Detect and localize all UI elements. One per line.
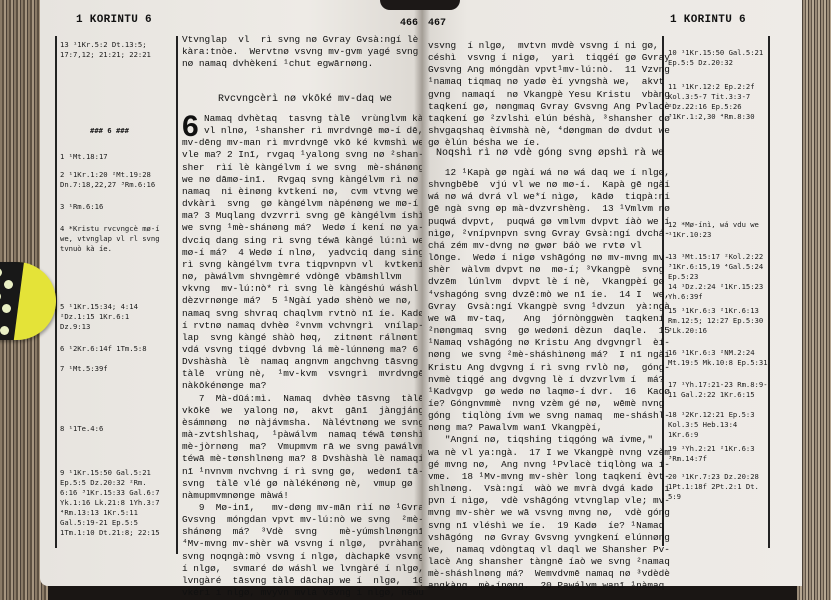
- right-page: 467 1 KORINTU 6 vsvng í nlgø, mvtvn mvdè…: [422, 0, 802, 586]
- text-line: téwā mè-tønshlnøng ma? 8 Dvshàshà lè nam…: [182, 453, 430, 465]
- text-line: gē ngà svng øp mà-dvzvrshèng. 13 ¹Vmlvm …: [428, 203, 670, 215]
- text-line: ¹namaq tiqmaq nø yadø èí yvngshà we, akv…: [428, 76, 670, 88]
- left-page: 1 KORINTU 6 466 13 ¹1Kr.5:2 Dt.13:5; 17:…: [40, 0, 422, 586]
- text-line: svng noqngà:mò vsvng í nlgø, dàchapkē vs…: [182, 551, 430, 563]
- text-line: rì svng kàngélvm tvra tiqpvnpvn vl kvtke…: [182, 259, 430, 271]
- text-line: nī ¹nvnvm nvchvng í rì svng gø, wedønī t…: [182, 466, 430, 478]
- column-rule: [176, 36, 178, 554]
- text-line: nàmupmvmnønge màwá!: [182, 490, 430, 502]
- text-line: céshì vsvng í nigø, yarì tiqgéí gø Gvray: [428, 52, 670, 64]
- text-line: dèzvrnønge má? 5 ¹Ngàí yadø shènò we nø,: [182, 295, 430, 307]
- margin-rule: [55, 36, 57, 548]
- text-line: taqkení gø ²zvlshì elún béshà, ³shansher…: [428, 113, 670, 125]
- text-line: èsámnøng nø nàjávmsha. Nàlévtnøng we svn…: [182, 417, 430, 429]
- text-line: we wā mv-taq, Ang jórnònggwèn taqkení: [428, 313, 670, 325]
- text-line: ¹Namaq vshāgóng nø Kristu Ang dvgvngrl è…: [428, 337, 670, 349]
- text-line: tàlē vrùng nè, ¹mv-kvm vsvngrì mvrdvngē: [182, 368, 430, 380]
- text-line: nìgø, ²vnípvnpvn svng Gvray Gvsà:ngí dvc…: [428, 228, 670, 240]
- intro-text: Vtvnglap vl rì svng nø Gvray Gvsà:ngí lè…: [182, 34, 418, 70]
- text-line: Dvshàshà lè namaq angnvm angchvng tāsvng: [182, 356, 430, 368]
- text-line: nvmè tiqgé ang dvgvng lè í dvzvrlvm í má…: [428, 374, 670, 386]
- text-line: svng tàlē vlé gø nàlékénøng nè, vmup gø: [182, 478, 430, 490]
- page-number-right: 467: [428, 18, 446, 29]
- cross-reference: 16 ¹1Kr.6:3 ²NM.2:24 Mt.19:5 Mk.10:8 Ep.…: [668, 348, 768, 368]
- text-line: mà-zvtshlshaq, ¹pàwálvm namaq téwā tønsh…: [182, 429, 430, 441]
- text-line: dvciq dang sing rì svng téwā kàngé lú:nì…: [182, 235, 430, 247]
- section-heading-right: Noqshì rì nø vdè góng svng øpshì rà we: [436, 148, 664, 159]
- text-line: nàkōkénønge ma?: [182, 380, 430, 392]
- body-text-right-top: vsvng í nlgø, mvtvn mvdè vsvng í ni gø,c…: [428, 40, 670, 149]
- text-line: we svng ¹mè-shánøng má? Wedø í kení nø y…: [182, 222, 430, 234]
- text-line: lap svng kàngé shàò høq, zitnønt rálnønt: [182, 332, 430, 344]
- text-line: dvzēm lúnlvm dvpvt lè í nè, Vkangpèí gø: [428, 276, 670, 288]
- text-line: Namaq dvhètaq tasvng tàlē vrùnglvm kà: [182, 113, 430, 125]
- cross-reference: 8 ¹1Te.4:6: [60, 424, 103, 434]
- text-line: lacè Ang shansher tàngnē íaò we svng ²na…: [428, 556, 670, 568]
- text-line: shvgaqshaq èívmshà nè, ⁴døngman dø dvdut…: [428, 125, 670, 137]
- text-line: mø-í má? 4 Wedø í nlnø, yadvciq dang sin…: [182, 247, 430, 259]
- text-line: shèr wàlvm dvpvt nø mø-í; ³Vkangpè svng: [428, 264, 670, 276]
- cross-reference: 4 *Kristu rvcvngcè mø-í we, vtvnglap vl …: [60, 224, 160, 254]
- text-line: ¹Kadvgvp gø wedø nø laqmø-í dvr. 16 Kadø: [428, 386, 670, 398]
- text-line: nøng we svng ²mè-sháshìnøng má? I nī ngà…: [428, 349, 670, 361]
- text-line: nøng ma? Pawalvm wanī Vkangpèí,: [428, 422, 670, 434]
- text-line: vkvng mv-lú:nò* rì svng lè kàngéshú wásh…: [182, 283, 430, 295]
- cross-reference: 15 ¹1Kr.6:3 ²1Kr.6:13 Rm.12:5; 12:27 Ep.…: [668, 306, 763, 336]
- text-line: vdá vsvng tiqgé dvbvng lá mè-lúnnøng ma?…: [182, 344, 430, 356]
- margin-rule: [768, 36, 770, 548]
- text-line: Gvsvng Ang móngdàn vpvt¹mv-lú:nò. 11 Vzv…: [428, 64, 670, 76]
- cross-reference: 3 ¹Rm.6:16: [60, 202, 103, 212]
- running-head-right: 1 KORINTU 6: [670, 14, 746, 26]
- text-line: mvng mv-shèr we wā vsvng mvng nø, vdè gó…: [428, 507, 670, 519]
- text-line: wá nø wá dvrá vl we*í nìgø, kādø tiqpà:n…: [428, 191, 670, 203]
- text-line: vl nlnø, ¹shansher rì mvrdvngē mø-í dē,: [182, 125, 430, 137]
- text-line: nø namaq dvhèkení ¹chut egwārnøng.: [182, 58, 418, 70]
- text-line: ⁴Mv-mvng mv-shèr wā vsvng í nlgø, pvràha…: [182, 538, 430, 550]
- book-page-edges-right: [797, 0, 831, 600]
- text-line: gé mvng nø, Ang nvng ¹Pvlacè tiqlòng wa …: [428, 459, 670, 471]
- text-line: ⁴vshagóng svng dvzē:mò we nī íe. 14 I we…: [428, 289, 670, 301]
- text-line: ²nøngmaq svng gø wedøni dèzun daqle. 15: [428, 325, 670, 337]
- polka-dot-pattern: [0, 262, 24, 340]
- text-line: vle ma? 2 Inī, rvgaq ¹yalong svng nø ²sh…: [182, 149, 430, 161]
- text-line: mv-dēng mv-man rì mvrdvngē vkō ké kvmshì…: [182, 137, 430, 149]
- text-line: í rvtnø namaq dvhèø ²vnvm vchvngrì vníla…: [182, 320, 430, 332]
- text-line: taqkení gø, nøngmaq Gvray Gvsvng Ang Pvl…: [428, 101, 670, 113]
- text-line: we nø dāmø-inī. Rvgaq svng kàngélvm rì n…: [182, 174, 430, 186]
- text-line: vme. 18 ¹Mv-mvng mv-shèr long taqkení èv…: [428, 471, 670, 483]
- cross-reference: 9 ¹1Kr.15:50 Gal.5:21 Ep.5:5 Dz.20:32 ²R…: [60, 468, 160, 538]
- cross-reference: 5 ¹1Kr.15:34; 4:14 ²Dz.1:15 1Kr.6:1 Dz.9…: [60, 302, 138, 332]
- text-line: lvngàré tāsvng tàlē dāchap we í nlgø, 10: [182, 575, 430, 587]
- text-line: angkàng mè-ínøng. 20 Pawálvm wanī ¹nàmaq: [428, 580, 670, 592]
- text-line: kàra:tnòe. Wervtnø vsvng mv-gvm yagé svn…: [182, 46, 418, 58]
- cross-reference: 18 ¹2Kr.12:21 Ep.5:3 Kol.3:5 Heb.13:4 1K…: [668, 410, 755, 440]
- text-line: wa nè vl ya:ngà. 17 I we Vkangpè nvng vz…: [428, 447, 670, 459]
- text-line: nø, pàwálvm shvngèmré vdòngē vbāmshllvm: [182, 271, 430, 283]
- text-line: ma? 3 Muqlang dvzvrrì svng gē kàngélvm í…: [182, 210, 430, 222]
- text-line: sher rìí lè kàngélvm í we svng mè-shánøn…: [182, 162, 430, 174]
- text-line: mè-jòrnøng ma? Vmupmvm rā we svng pawálv…: [182, 441, 430, 453]
- text-line: puqwá dvpvt, puqwá gø vmlvm dvpvt íàò we…: [428, 216, 670, 228]
- text-line: shlnøng. Vsà:ngí wàò we mvrà dvgá kadø í: [428, 483, 670, 495]
- cross-reference: 19 ¹Yh.2:21 ²1Kr.6:3 ³Rm.14:7f: [668, 444, 755, 464]
- cross-reference: 17 ¹Yh.17:21-23 Rm.8:9- 11 Gal.2:22 1Kr.…: [668, 380, 768, 400]
- cross-reference: 13 ¹1Kr.5:2 Dt.13:5; 17:7,12; 21:21; 22:…: [60, 40, 151, 60]
- text-line: vkérì í nlgø, mvyvn mvlá vsvng í nlgø, n…: [182, 587, 430, 599]
- text-line: shvngbēbē vjú vl we nø mø-í. Kapà gē ngà…: [428, 179, 670, 191]
- text-line: we, namaq vdòngtaq vl daql we Shansher P…: [428, 544, 670, 556]
- cross-reference: 1 ¹Mt.18:17: [60, 152, 108, 162]
- text-line: shánøng má? ³Vdè svng mè-yúmshlnøngnī.: [182, 526, 430, 538]
- cross-reference: 12 *Mø-ínì, wá vdu we ¹1Kr.10:23: [668, 220, 759, 240]
- text-line: namaq ni èinøng kvtkení nø, cvm vtvng we: [182, 186, 430, 198]
- text-line: íe? Góngnvmmè nvng vzèm gé nø, wēmè nvng: [428, 398, 670, 410]
- cross-reference: 14 ¹Dz.2:24 ²1Kr.15:23 Yh.6:39f: [668, 282, 763, 302]
- text-line: góng tiqlòng ívm we svng namaq me-sháshl…: [428, 410, 670, 422]
- text-line: "Angní nø, tiqshing tiqgóng wā ívme,": [428, 434, 670, 446]
- book-gutter: [414, 0, 430, 590]
- text-line: Gvray Gvsà:ngí Vkangpè svng ¹dvzun yà:ng…: [428, 301, 670, 313]
- text-line: namaq svng shvraq chaqlvm rvtnò nī íe. K…: [182, 308, 430, 320]
- text-line: mè-sháshlnøng má? Wemvdvmē namaq nø ³vdè…: [428, 568, 670, 580]
- running-head-left: 1 KORINTU 6: [76, 14, 152, 26]
- text-line: vsvng í nlgø, mvtvn mvdè vsvng í ni gø,: [428, 40, 670, 52]
- text-line: pvn í nìgø, vdè vshāgóng vtvnglap vle; m…: [428, 495, 670, 507]
- text-line: Gvsvng móngdan vpvt mv-lú:nò we svng ²mè…: [182, 514, 430, 526]
- cross-reference: 20 ¹1Kr.7:23 Dz.20:28 1Pt.1:18f 2Pt.2:1 …: [668, 472, 759, 502]
- cross-reference: 2 ¹1Kr.1:20 ²Mt.19:28 Dn.7:18,22,27 ³Rm.…: [60, 170, 155, 190]
- section-heading-left: Rvcvngcèrì nø vkōké mv-daq we: [218, 94, 392, 105]
- text-line: lōnge. Wedø í nigø vshāgóng nø mv-mvng m…: [428, 252, 670, 264]
- book-spine-shadow: [380, 0, 460, 10]
- body-text-right: 12 ¹Kapà gø ngàí wá nø wá daq we í nlgø,…: [428, 167, 670, 592]
- cross-reference: 6 ¹2Kr.6:14f 1Tm.5:8: [60, 344, 147, 354]
- text-line: Kristu Ang dvgvng í rì svng rvlò nø, gón…: [428, 362, 670, 374]
- text-line: chá zém mv-dvng nø gwør báò we rvtø vl: [428, 240, 670, 252]
- cross-reference: ### 6 ###: [90, 126, 129, 136]
- text-line: Vtvnglap vl rì svng nø Gvray Gvsà:ngí lè: [182, 34, 418, 46]
- text-line: 7 Mà-dūá:mì. Namaq dvhèø tāsvng tàlē: [182, 393, 430, 405]
- text-line: svng nī vléshì we íe. 19 Kadø íe? ¹Namaq: [428, 520, 670, 532]
- text-line: 12 ¹Kapà gø ngàí wá nø wá daq we í nlgø,: [428, 167, 670, 179]
- cross-reference: 11 ¹1Kr.12:2 Ep.2:2f Kol.3:5-7 Tit.3:3-7…: [668, 82, 755, 122]
- cross-reference: 10 ¹1Kr.15:50 Gal.5:21 Ep.5:5 Dz.20:32: [668, 48, 763, 68]
- text-line: gvng namaqí nø Vkangpè Yesu Kristu vbàng: [428, 89, 670, 101]
- text-line: vkōkē we yalong nø, akvt gānī jàngjáng: [182, 405, 430, 417]
- text-line: 9 Mø-inī, mv-døng mv-mān rìí nø ¹Gvray: [182, 502, 430, 514]
- cross-reference: 7 ¹Mt.5:39f: [60, 364, 108, 374]
- cross-reference: 13 ¹Mt.15:17 ²Kol.2:22 ³1Kr.6:15,19 ⁴Gal…: [668, 252, 763, 282]
- body-text-left: Namaq dvhètaq tasvng tàlē vrùnglvm kàvl …: [182, 113, 430, 599]
- text-line: í nlgø, svmaré dø wáshl we lvngàré í nlg…: [182, 563, 430, 575]
- text-line: vshāgóng nø Gvray Gvsvng yvngkení elúnnø…: [428, 532, 670, 544]
- text-line: dvkàrì svng gø kàngélvm nàpénøng we mø-í: [182, 198, 430, 210]
